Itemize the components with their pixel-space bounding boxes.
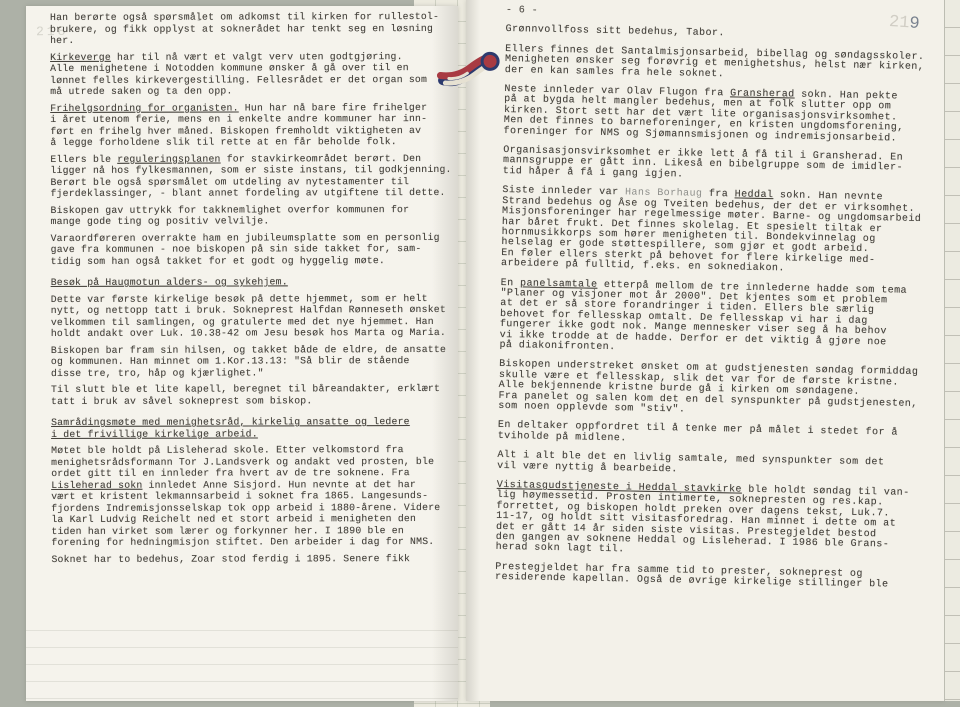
- paragraph: Ellers ble reguleringsplanen for stavkir…: [50, 152, 454, 199]
- text-run: Samrådingsmøte med menighetsråd, kirkeli…: [51, 416, 410, 439]
- paragraph: Visitasgudstjeneste i Heddal stavkirke b…: [495, 481, 930, 562]
- heading-paragraph: Besøk på Haugmotun alders- og sykehjem.: [51, 276, 455, 289]
- text-run: etterpå mellom de tre innlederne hadde s…: [499, 279, 907, 353]
- paragraph: Organisasjonsvirksomhet er ikke lett å f…: [503, 146, 938, 186]
- paragraph: En panelsamtale etterpå mellom de tre in…: [499, 278, 934, 359]
- text-run: Lisleherad sokn: [51, 479, 142, 490]
- text-run: Biskopen understreket ønsket om at gudst…: [498, 359, 918, 415]
- text-run: Ellers finnes det Santalmisjonsarbeid, b…: [505, 44, 925, 80]
- binding-cord: [431, 43, 506, 97]
- paragraph: En deltaker oppfordret til å tenke mer p…: [498, 421, 932, 450]
- right-page-paragraphs: Grønnvollfoss sitt bedehus, Tabor.Ellers…: [495, 25, 940, 592]
- text-run: Ellers ble: [50, 153, 117, 164]
- paragraph: Han berørte også spørsmålet om adkomst t…: [50, 11, 454, 47]
- paragraph: Siste innleder var Hans Borhaug fra Hedd…: [501, 186, 937, 278]
- left-page-text: Han berørte også spørsmålet om adkomst t…: [50, 11, 455, 570]
- left-page: 218 - Han berørte også spørsmålet om adk…: [26, 6, 458, 701]
- text-run: Varaordføreren overrakte ham en jubileum…: [51, 231, 440, 266]
- paragraph: Varaordføreren overrakte ham en jubileum…: [51, 231, 455, 267]
- text-run: Besøk på Haugmotun alders- og sykehjem.: [51, 276, 288, 288]
- text-run: sokn. Han pekte på at bygda helt mangler…: [503, 90, 903, 145]
- text-run: Soknet har to bedehus, Zoar stod ferdig …: [51, 553, 410, 565]
- ruled-page-edges: [944, 0, 960, 701]
- text-run: Møtet ble holdt på Lisleherad skole. Ett…: [51, 444, 434, 479]
- text-run: sokn. Han nevnte Strand bedehus og Åse o…: [501, 190, 921, 274]
- text-run: ble holdt søndag til van- lig høymesseti…: [495, 485, 909, 556]
- paragraph: Biskopen gav uttrykk for takknemlighet o…: [51, 203, 455, 227]
- paragraph: Til slutt ble et lite kapell, beregnet t…: [51, 383, 455, 407]
- text-run: Frihelgsordning for organisten.: [50, 102, 238, 113]
- heading-paragraph: Samrådingsmøte med menighetsråd, kirkeli…: [51, 416, 455, 440]
- paragraph: Kirkeverge har til nå vært et valgt verv…: [50, 50, 454, 97]
- text-run: Prestegjeldet har fra samme tid to prest…: [495, 562, 889, 591]
- right-page-text: - 6 - Grønnvollfoss sitt bedehus, Tabor.…: [495, 6, 940, 601]
- text-run: reguleringsplanen: [117, 153, 220, 164]
- text-run: Han berørte også spørsmålet om adkomst t…: [50, 11, 439, 46]
- paragraph: Grønnvollfoss sitt bedehus, Tabor.: [505, 25, 939, 44]
- text-run: Kirkeverge: [50, 51, 111, 62]
- paragraph: Ellers finnes det Santalmisjonsarbeid, b…: [505, 45, 940, 85]
- text-run: Alt i alt ble det en livlig samtale, med…: [497, 450, 884, 475]
- text-run: Grønnvollfoss sitt bedehus, Tabor.: [505, 24, 725, 39]
- paragraph: Biskopen understreket ønsket om at gudst…: [498, 360, 933, 420]
- text-run: En deltaker oppfordret til å tenke mer p…: [498, 420, 898, 444]
- paragraph: Dette var første kirkelige besøk på dett…: [51, 292, 455, 339]
- paragraph: Prestegjeldet har fra samme tid to prest…: [495, 563, 929, 592]
- paragraph: Alt i alt ble det en livlig samtale, med…: [497, 451, 931, 480]
- text-run: Biskopen bar fram sin hilsen, og takket …: [51, 343, 446, 378]
- right-page: 219 - 6 - Grønnvollfoss sitt bedehus, Ta…: [466, 0, 944, 701]
- text-run: Organisasjonsvirksomhet er ikke lett å f…: [503, 145, 904, 180]
- paragraph: Møtet ble holdt på Lisleherad skole. Ett…: [51, 444, 455, 549]
- paragraph: Biskopen bar fram sin hilsen, og takket …: [51, 343, 455, 379]
- show-through-ruled-lines: [26, 614, 458, 701]
- paragraph: Frihelgsordning for organisten. Hun har …: [50, 101, 454, 148]
- text-run: Biskopen gav uttrykk for takknemlighet o…: [51, 204, 410, 227]
- paragraph: Soknet har to bedehus, Zoar stod ferdig …: [51, 552, 455, 565]
- text-run: Dette var første kirkelige besøk på dett…: [51, 293, 446, 339]
- page-number: - 6 -: [506, 6, 940, 25]
- text-run: Til slutt ble et lite kapell, beregnet t…: [51, 383, 440, 407]
- paragraph: Neste innleder var Olav Flugon fra Grans…: [503, 85, 938, 145]
